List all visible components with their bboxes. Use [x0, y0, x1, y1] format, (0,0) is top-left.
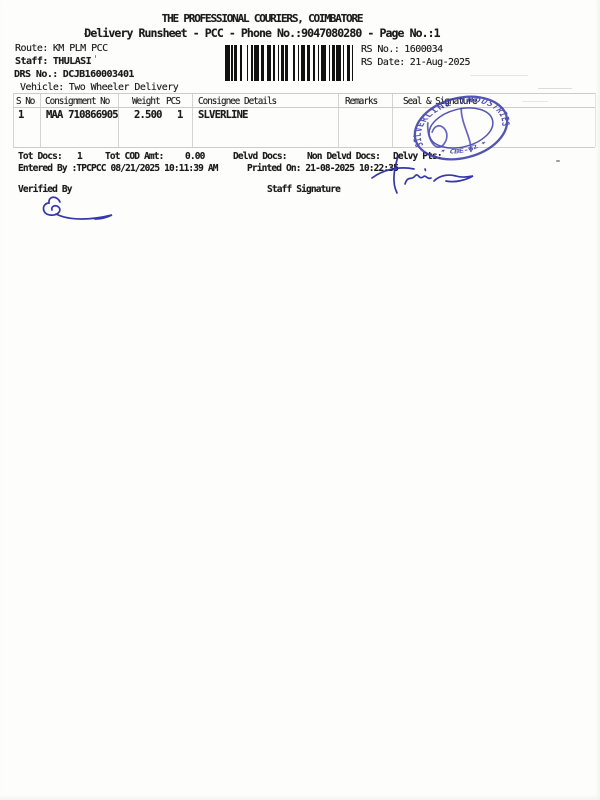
scan-speck [538, 88, 572, 89]
rs-no-line: RS No.:1600034 [361, 44, 443, 55]
table-vline [338, 93, 339, 147]
entered-by-text: Entered By :TPCPCC 08/21/2025 10:11:39 A… [18, 163, 218, 174]
tot-docs-value: 1 [77, 151, 82, 162]
verified-by-signature [34, 192, 124, 227]
cell-consignment-no: MAA 710866905 [46, 109, 118, 121]
table-vline [392, 93, 393, 147]
tot-cod-label: Tot COD Amt: [105, 151, 163, 162]
staff-value: THULASI [53, 56, 91, 67]
staff-signature-label: Staff Signature [267, 184, 340, 195]
table-vline [118, 93, 119, 147]
table-vline [595, 93, 596, 147]
col-header-weight: Weight [132, 96, 160, 107]
cell-sno: 1 [18, 109, 24, 121]
staff-label: Staff: [15, 56, 48, 67]
delvd-docs-label: Delvd Docs: [233, 151, 287, 162]
col-header-remarks: Remarks [345, 96, 377, 107]
table-top-border [13, 93, 595, 94]
rs-date-label: RS Date: [361, 57, 405, 68]
staff-line: Staff:THULASI [15, 56, 91, 67]
cell-pcs: 1 [177, 109, 183, 121]
vehicle-value: Two Wheeler Delivery [69, 82, 178, 93]
route-value: KM PLM PCC [53, 43, 108, 54]
scan-speck [95, 55, 96, 58]
barcode-space [353, 45, 355, 81]
scan-speck [556, 160, 560, 162]
rs-no-label: RS No.: [361, 44, 399, 55]
rs-no-value: 1600034 [404, 44, 442, 55]
cell-weight: 2.500 [134, 109, 162, 121]
tot-docs-label: Tot Docs: [18, 151, 62, 162]
col-header-consignment: Consignment No [45, 96, 109, 107]
scan-speck [522, 101, 548, 102]
barcode [225, 45, 357, 81]
route-line: Route:KM PLM PCC [15, 43, 108, 54]
vehicle-line: Vehicle:Two Wheeler Delivery [20, 82, 178, 93]
col-header-sno: S No [16, 96, 34, 107]
route-label: Route: [15, 43, 48, 54]
staff-signature [352, 150, 482, 200]
drs-line: DRS No.:DCJB160003401 [14, 69, 134, 80]
table-vline [40, 93, 41, 147]
scan-speck [470, 75, 528, 76]
rs-date-line: RS Date:21-Aug-2025 [361, 57, 470, 68]
vehicle-label: Vehicle: [20, 82, 64, 93]
col-header-pcs: PCS [166, 96, 180, 107]
tot-cod-value: 0.00 [185, 151, 204, 162]
delivery-runsheet-document: THE PROFESSIONAL COURIERS, COIMBATORE · … [0, 0, 600, 800]
cell-consignee: SLVERLINE [198, 109, 248, 121]
drs-label: DRS No.: [14, 69, 58, 80]
stamp-ring-text: SILVERLINE INDUSTRIES [405, 87, 511, 150]
table-vline [192, 93, 193, 147]
table-vline [13, 93, 14, 147]
drs-value: DCJB160003401 [63, 69, 134, 80]
page-subtitle: Delivery Runsheet - PCC - Phone No.:9047… [0, 26, 524, 40]
company-title: THE PROFESSIONAL COURIERS, COIMBATORE [0, 12, 524, 25]
rs-date-value: 21-Aug-2025 [410, 57, 470, 68]
col-header-consignee: Consignee Details [198, 96, 276, 107]
